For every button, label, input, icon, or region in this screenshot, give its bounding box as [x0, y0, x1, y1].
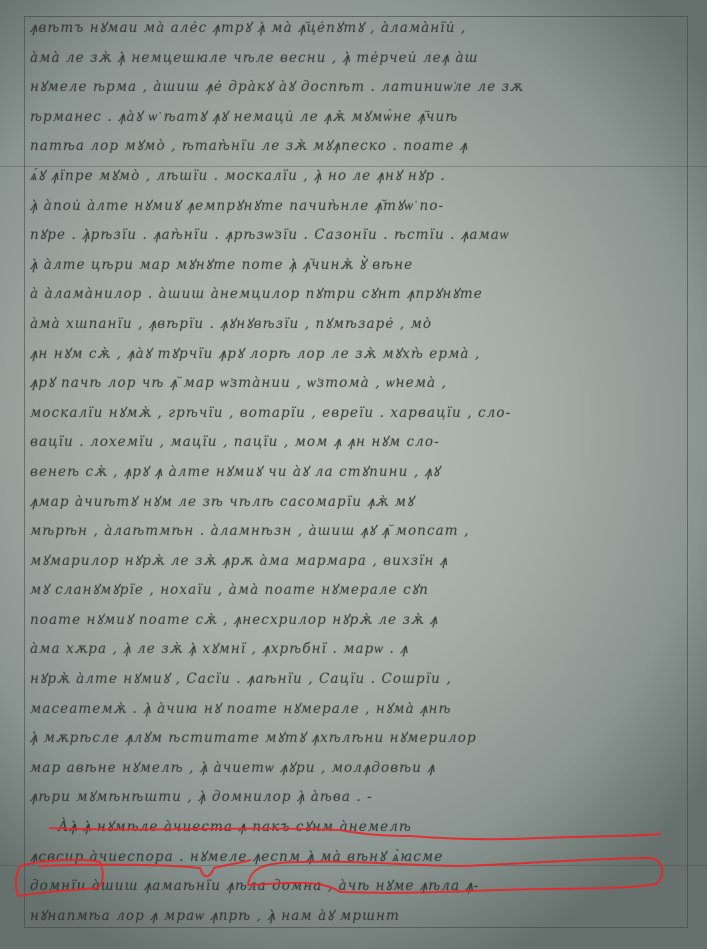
text-line: а̀ма̀ ле зѫ̀ ꙟ̀ немцешꙗле чѣле весни , ꙟ…	[30, 44, 670, 74]
text-line: а̀ а̀лама̀нилор . а̀шиш а̀немцилор пꙋтри…	[30, 280, 670, 310]
text-line: мѣрѣн , а̀лаѣтмѣн . а̀ламнѣзн , а̀шиш ꙟꙋ…	[30, 517, 670, 547]
text-line: мꙋ сланꙋмꙋрїе , нохаїи , а̀ма̀ поате нꙋм…	[30, 576, 670, 606]
manuscript-photo: ꙟвѣтъ нꙋмаи ма̀ але̇с ꙟтрꙋ ꙟ̀ ма̀ ꙟ꙼це̇п…	[0, 0, 707, 949]
text-line: вацїи . лохемїи , мацїи , пацїи , мом ꙟ …	[30, 428, 670, 458]
manuscript-text: ꙟвѣтъ нꙋмаи ма̀ але̇с ꙟтрꙋ ꙟ̀ ма̀ ꙟ꙼це̇п…	[30, 14, 670, 931]
text-line: нꙋнапмѣа лор ꙟ мраѡ ꙟпрѣ , ꙟ̀ нам а̀ꙋ мр…	[30, 902, 670, 932]
text-line: пꙋре . ꙟ̀рѣзїи . ꙟаѣ̀нїи . ꙟрѣзѡ̇зїи . С…	[30, 221, 670, 251]
text-line: а̀ма хѫра , ꙟ̀ ле зѫ̀ ꙟ̀ хꙋмнї , ꙟхрѣбнї…	[30, 635, 670, 665]
text-line: ꙟмар а̀чиѣтꙋ нꙋм ле зѣ чѣлѣ сасомарїи ꙟѫ…	[30, 488, 670, 518]
text-line: мꙋмарилор нꙋрѫ̀ ле зѫ̀ ꙟрѫ а̀ма мармара …	[30, 547, 670, 577]
text-line: ѣрманес . ꙟа̀ꙋ ѡ̇ ѣатꙋ ꙟꙋ немаци̇ ле ꙟѫ̀…	[30, 103, 670, 133]
text-line: ꙟѣри мꙋмѣнѣшти , ꙟ̀ домнилор ꙟ̀ а̀ѣва . …	[30, 783, 670, 813]
text-line: патѣа лор мꙋмо̀ , ѣтаѣ̀нїи ле зѫ̀ мꙋꙟпес…	[30, 132, 670, 162]
text-line: масеатемѫ̀ . ꙟ̀ а̀чиꙗ нꙋ поате нꙋмерале …	[30, 695, 670, 725]
text-line: ꙟрꙋ пачѣ лор чѣ ꙟ꙼ мар ѡ̇зта̀нии , ѡ̇зто…	[30, 369, 670, 399]
text-line: нꙋмеле ѣрма , а̀шиш ꙟе̇ дра̀кꙋ а̀ꙋ доспѣ…	[30, 73, 670, 103]
text-line: венеѣ сѫ̀ , ꙟрꙋ ꙟ а̀лте нꙋмиꙋ чи а̀ꙋ ла …	[30, 458, 670, 488]
text-line: ꙟн нꙋм сѫ̀ , ꙟа̀ꙋ тꙋрчїи ꙟрꙋ лорѣ лор ле…	[30, 340, 670, 370]
text-line: нꙋрѫ̀ а̀лте нꙋмиꙋ , Сасїи . ꙟаѣнїи , Сац…	[30, 665, 670, 695]
text-line: поате нꙋмиꙋ поате сѫ̀ , ꙟнесхрилор нꙋрѫ̀…	[30, 606, 670, 636]
text-line-paragraph-start: А̀ꙟ̀ ꙟ̀ нꙋмѣле а̀чиеста ꙟ пакъ сꙋнм а̀не…	[30, 813, 670, 843]
text-line: ꙟ̀ мѫрѣсле ꙟлꙋм ѣстиmате мꙋтꙋ ꙟхѣлѣни нꙋ…	[30, 724, 670, 754]
text-line: ѧ́ꙋ ꙟїпре мꙋмо̀ , лѣшїи . москалїи , ꙟ̀ …	[30, 162, 670, 192]
text-line: мар авѣне нꙋмелѣ , ꙟ̀ а̀чиетѡ ꙟꙋри , мол…	[30, 754, 670, 784]
text-line: домнїи а̀шиш ꙟамаѣнїи ꙟѣла домна , а̀чѣ …	[30, 872, 670, 902]
text-line: москалїи нꙋмѫ̀ , грѣчїи , вотарїи , евре…	[30, 399, 670, 429]
text-line: ꙟвѣтъ нꙋмаи ма̀ але̇с ꙟтрꙋ ꙟ̀ ма̀ ꙟ꙼це̇п…	[30, 14, 670, 44]
text-line: ꙟ̀ а̀лте цѣри мар мꙋнꙋте поте ꙟ̀ ꙟ꙼чинѫ̀…	[30, 251, 670, 281]
text-line: а̀ма̀ хшпанїи , ꙟвѣрїи . ꙟꙋнꙋвѣзїи , пꙋм…	[30, 310, 670, 340]
text-line: ꙟсвсир а̀чиеспора . нꙋмеле ꙟеспм ꙟ̀ ма̀ …	[30, 843, 670, 873]
text-line: ꙟ̀ а̀пои̇ а̀лте нꙋмиꙋ ꙟемпрꙋнꙋте пачиѣ̀н…	[30, 192, 670, 222]
